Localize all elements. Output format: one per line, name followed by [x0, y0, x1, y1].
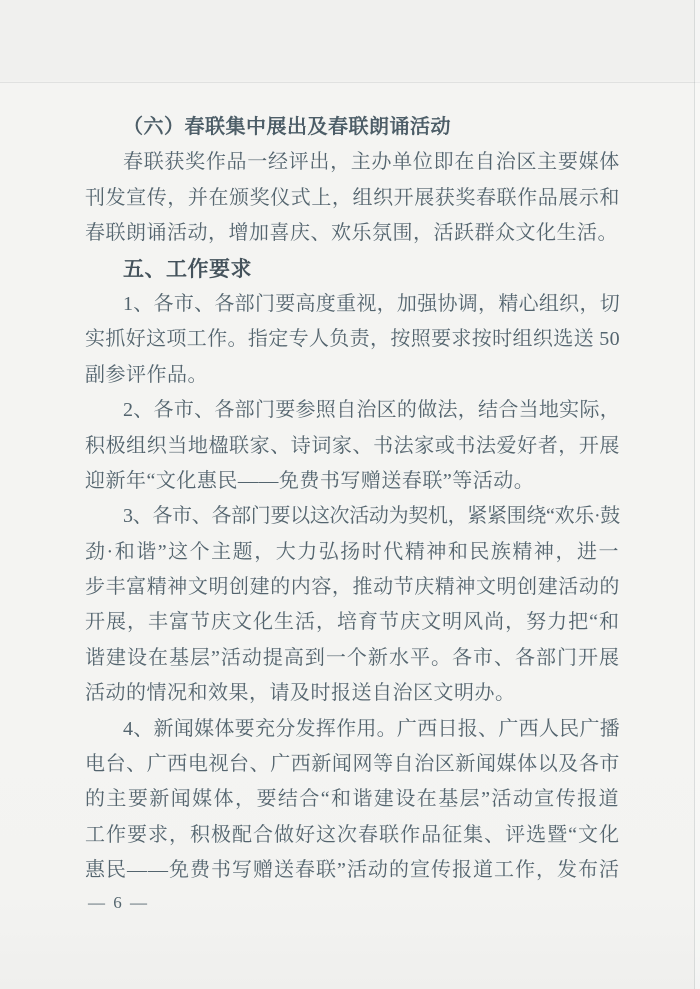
- text-line: 3、各市、各部门要以这次活动为契机，紧紧围绕“欢乐·鼓: [85, 499, 620, 534]
- document-body: （六）春联集中展出及春联朗诵活动春联获奖作品一经评出，主办单位即在自治区主要媒体…: [85, 110, 620, 889]
- document-page: （六）春联集中展出及春联朗诵活动春联获奖作品一经评出，主办单位即在自治区主要媒体…: [0, 0, 700, 989]
- line-text: 春联朗诵活动，增加喜庆、欢乐氛围，活跃群众文化生活。: [85, 222, 618, 244]
- line-text: 工作要求，积极配合做好这次春联作品征集、评选暨“文化: [85, 824, 620, 846]
- heading-couplet-exhibition: （六）春联集中展出及春联朗诵活动: [85, 110, 620, 145]
- text-line: 1、各市、各部门要高度重视，加强协调，精心组织，切: [85, 287, 620, 322]
- text-line: 步丰富精神文明创建的内容，推动节庆精神文明创建活动的: [85, 570, 620, 605]
- line-text: 实抓好这项工作。指定专人负责，按照要求按时组织选送 50: [85, 328, 620, 350]
- line-text: 的主要新闻媒体，要结合“和谐建设在基层”活动宣传报道: [85, 788, 620, 810]
- page-number: — 6 —: [88, 891, 149, 915]
- line-text: 4、新闻媒体要充分发挥作用。广西日报、广西人民广播: [123, 718, 620, 740]
- line-text: 活动的情况和效果，请及时报送自治区文明办。: [85, 682, 516, 704]
- scan-edge-highlight: [695, 0, 700, 989]
- line-text: 五、工作要求: [123, 258, 252, 281]
- text-line: 刊发宣传，并在颁奖仪式上，组织开展获奖春联作品展示和: [85, 181, 620, 216]
- scan-edge-right: [694, 0, 695, 989]
- text-line: 4、新闻媒体要充分发挥作用。广西日报、广西人民广播: [85, 712, 620, 747]
- text-line: 开展，丰富节庆文化生活，培育节庆文明风尚，努力把“和: [85, 605, 620, 640]
- text-line: 春联获奖作品一经评出，主办单位即在自治区主要媒体: [85, 145, 620, 180]
- text-line: 活动的情况和效果，请及时报送自治区文明办。: [85, 676, 620, 711]
- line-text: 电台、广西电视台、广西新闻网等自治区新闻媒体以及各市: [85, 753, 620, 775]
- text-line: 实抓好这项工作。指定专人负责，按照要求按时组织选送 50: [85, 322, 620, 357]
- text-line: 迎新年“文化惠民——免费书写赠送春联”等活动。: [85, 464, 620, 499]
- text-line: 的主要新闻媒体，要结合“和谐建设在基层”活动宣传报道: [85, 782, 620, 817]
- para-2-local-activities: 2、各市、各部门要参照自治区的做法，结合当地实际，积极组织当地楹联家、诗词家、书…: [85, 393, 620, 499]
- line-text: 惠民——免费书写赠送春联”活动的宣传报道工作，发布活: [85, 859, 620, 881]
- line-text: 2、各市、各部门要参照自治区的做法，结合当地实际，: [123, 399, 620, 421]
- heading-line: 五、工作要求: [85, 252, 620, 287]
- para-1-organization: 1、各市、各部门要高度重视，加强协调，精心组织，切实抓好这项工作。指定专人负责，…: [85, 287, 620, 393]
- para-4-media: 4、新闻媒体要充分发挥作用。广西日报、广西人民广播电台、广西电视台、广西新闻网等…: [85, 712, 620, 889]
- line-text: 劲·和谐”这个主题，大力弘扬时代精神和民族精神，进一: [85, 541, 620, 563]
- line-text: 步丰富精神文明创建的内容，推动节庆精神文明创建活动的: [85, 576, 620, 598]
- para-3-theme: 3、各市、各部门要以这次活动为契机，紧紧围绕“欢乐·鼓劲·和谐”这个主题，大力弘…: [85, 499, 620, 711]
- heading-line: （六）春联集中展出及春联朗诵活动: [85, 110, 620, 145]
- text-line: 副参评作品。: [85, 358, 620, 393]
- heading-work-requirements: 五、工作要求: [85, 252, 620, 287]
- line-text: 刊发宣传，并在颁奖仪式上，组织开展获奖春联作品展示和: [85, 187, 620, 209]
- line-text: 谐建设在基层”活动提高到一个新水平。各市、各部门开展: [85, 647, 620, 669]
- text-line: 惠民——免费书写赠送春联”活动的宣传报道工作，发布活: [85, 853, 620, 888]
- text-line: 劲·和谐”这个主题，大力弘扬时代精神和民族精神，进一: [85, 535, 620, 570]
- line-text: 3、各市、各部门要以这次活动为契机，紧紧围绕“欢乐·鼓: [123, 505, 620, 527]
- line-text: 迎新年“文化惠民——免费书写赠送春联”等活动。: [85, 470, 534, 492]
- text-line: 积极组织当地楹联家、诗词家、书法家或书法爱好者，开展: [85, 429, 620, 464]
- text-line: 2、各市、各部门要参照自治区的做法，结合当地实际，: [85, 393, 620, 428]
- line-text: 春联获奖作品一经评出，主办单位即在自治区主要媒体: [123, 151, 620, 173]
- text-line: 工作要求，积极配合做好这次春联作品征集、评选暨“文化: [85, 818, 620, 853]
- line-text: 副参评作品。: [85, 364, 208, 386]
- text-line: 春联朗诵活动，增加喜庆、欢乐氛围，活跃群众文化生活。: [85, 216, 620, 251]
- text-line: 电台、广西电视台、广西新闻网等自治区新闻媒体以及各市: [85, 747, 620, 782]
- para-award-publicity: 春联获奖作品一经评出，主办单位即在自治区主要媒体刊发宣传，并在颁奖仪式上，组织开…: [85, 145, 620, 251]
- line-text: 1、各市、各部门要高度重视，加强协调，精心组织，切: [123, 293, 620, 315]
- line-text: 积极组织当地楹联家、诗词家、书法家或书法爱好者，开展: [85, 435, 620, 457]
- scan-seam-top: [0, 82, 700, 83]
- line-text: （六）春联集中展出及春联朗诵活动: [123, 116, 451, 138]
- line-text: 开展，丰富节庆文化生活，培育节庆文明风尚，努力把“和: [85, 611, 620, 633]
- text-line: 谐建设在基层”活动提高到一个新水平。各市、各部门开展: [85, 641, 620, 676]
